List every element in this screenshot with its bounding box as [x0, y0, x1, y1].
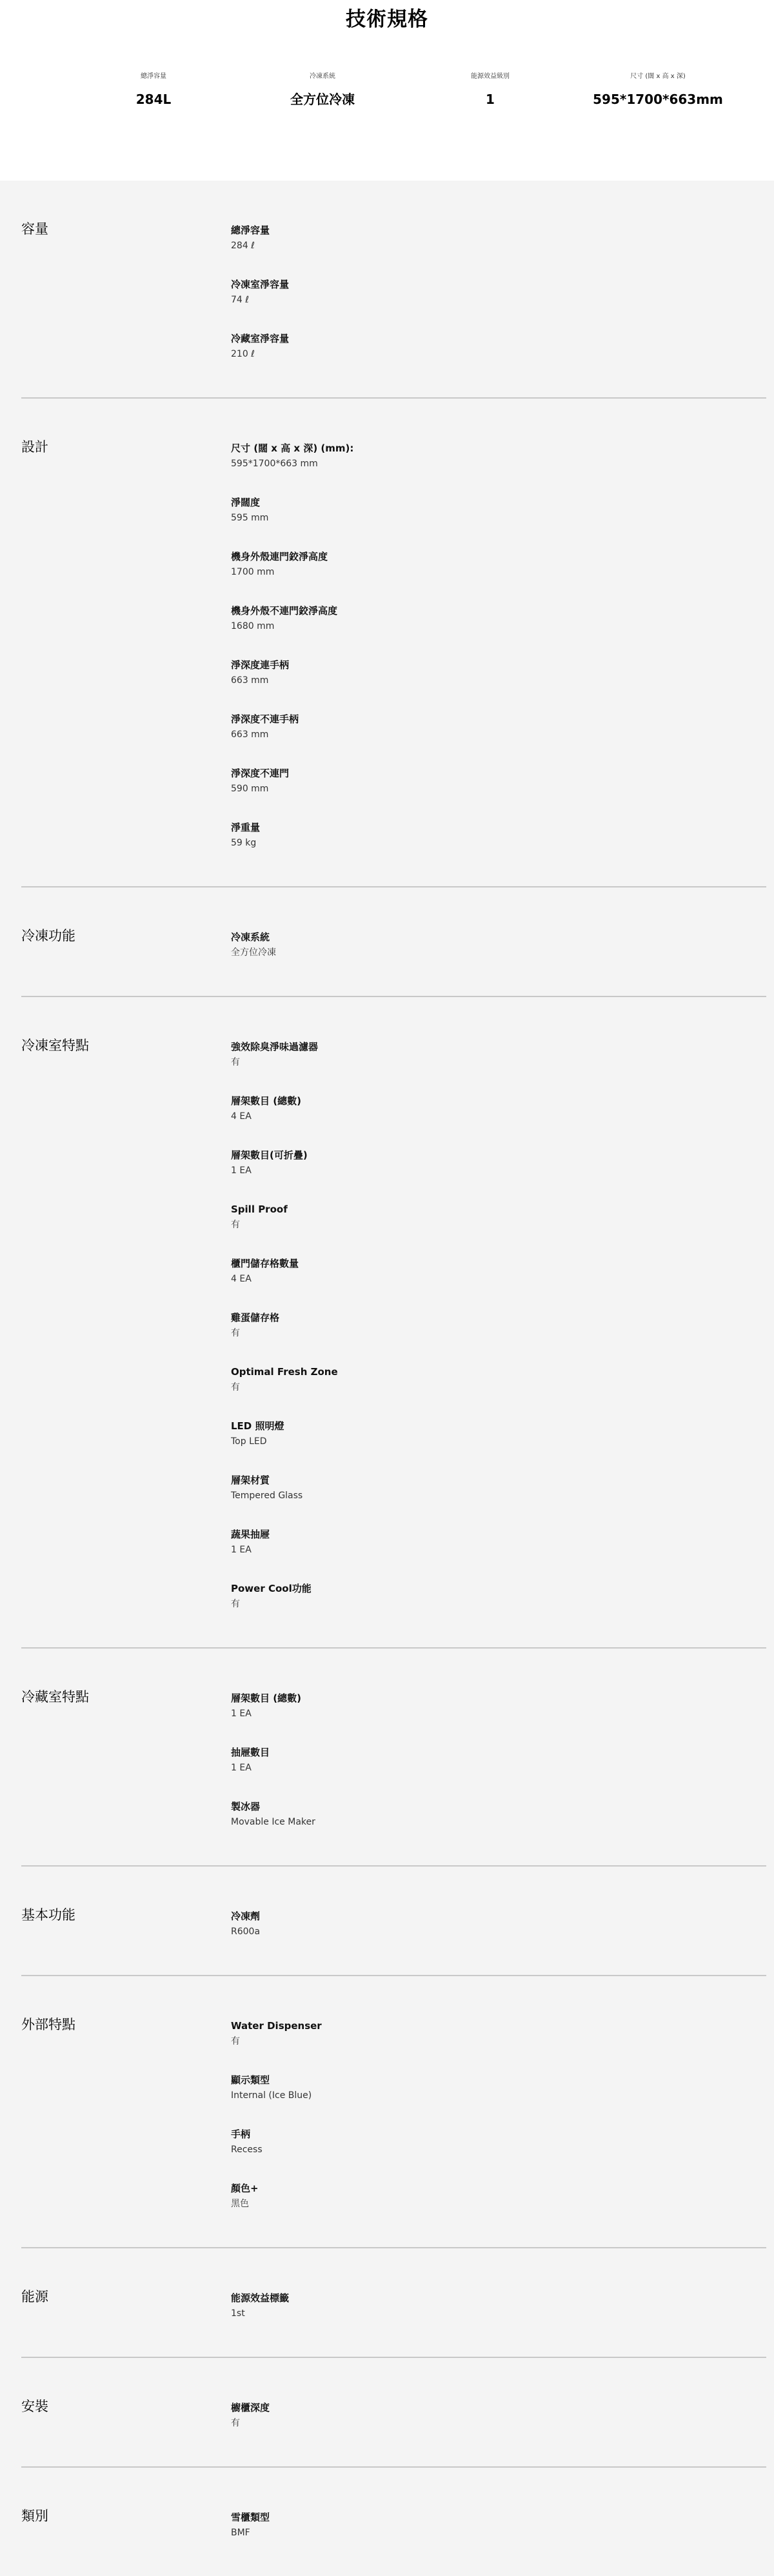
spec-label: Power Cool功能	[231, 1582, 505, 1595]
spec-label: 製冰器	[231, 1800, 505, 1813]
spec-item: 抽屜數目1 EA	[231, 1743, 505, 1797]
spec-item: 機身外殼不連門鉸淨高度1680 mm	[231, 601, 505, 655]
spec-label: 冷藏室淨容量	[231, 332, 505, 345]
summary-label: 冷凍系統	[239, 72, 406, 81]
spec-label: 淨深度不連門	[231, 767, 505, 780]
spec-item: 淨闊度595 mm	[231, 493, 505, 547]
spec-header: 技術規格 總淨容量 284L 冷凍系統 全方位冷凍 能源效益級別 1 尺寸 (闊…	[0, 0, 774, 181]
spec-item: 層架數目 (總數)1 EA	[231, 1689, 505, 1743]
spec-item: 能源效益標籤1st	[231, 2288, 505, 2343]
section-title: 外部特點	[21, 2016, 75, 2033]
spec-value: 有	[231, 1218, 505, 1231]
section-title: 冷凍功能	[21, 927, 75, 944]
spec-value: 黑色	[231, 2197, 505, 2210]
spec-label: 總淨容量	[231, 224, 505, 237]
spec-items: 強效除臭淨味過濾器有層架數目 (總數)4 EA層架數目(可折疊)1 EASpil…	[231, 1037, 766, 1633]
spec-item: 雪櫃類型BMF	[231, 2508, 505, 2562]
summary-value: 1	[406, 92, 574, 107]
spec-label: 雪櫃類型	[231, 2511, 505, 2524]
spec-label: 冷凍室淨容量	[231, 278, 505, 291]
spec-value: 595 mm	[231, 511, 505, 524]
spec-item: 蔬果抽屜1 EA	[231, 1525, 505, 1579]
spec-value: 595*1700*663 mm	[231, 457, 505, 470]
spec-item: 手柄Recess	[231, 2125, 505, 2179]
spec-item: 冷凍室淨容量74 ℓ	[231, 275, 505, 329]
spec-value: 4 EA	[231, 1273, 505, 1285]
spec-value: 1st	[231, 2307, 505, 2320]
spec-label: 層架數目 (總數)	[231, 1692, 505, 1705]
spec-item: 層架數目(可折疊)1 EA	[231, 1145, 505, 1200]
section-title: 能源	[21, 2288, 48, 2305]
spec-items: 尺寸 (闊 x 高 x 深) (mm):595*1700*663 mm淨闊度59…	[231, 439, 766, 872]
spec-item: 淨深度連手柄663 mm	[231, 655, 505, 709]
spec-label: 淨深度連手柄	[231, 659, 505, 671]
spec-value: R600a	[231, 1925, 505, 1938]
spec-label: 層架數目 (總數)	[231, 1095, 505, 1107]
spec-value: Internal (Ice Blue)	[231, 2089, 505, 2102]
spec-items: Water Dispenser有顯示類型Internal (Ice Blue)手…	[231, 2016, 766, 2233]
spec-item: 冷凍劑R600a	[231, 1907, 505, 1961]
spec-section: 容量總淨容量284 ℓ冷凍室淨容量74 ℓ冷藏室淨容量210 ℓ	[21, 181, 766, 399]
spec-item: Spill Proof有	[231, 1200, 505, 1254]
spec-item: 尺寸 (闊 x 高 x 深) (mm):595*1700*663 mm	[231, 439, 505, 493]
spec-item: Power Cool功能有	[231, 1579, 505, 1633]
spec-label: 冷凍劑	[231, 1910, 505, 1923]
spec-item: 層架材質Tempered Glass	[231, 1471, 505, 1525]
spec-value: 有	[231, 2417, 505, 2430]
spec-value: 210 ℓ	[231, 348, 505, 361]
spec-value: Top LED	[231, 1435, 505, 1448]
summary-label: 尺寸 (闊 x 高 x 深)	[574, 72, 742, 81]
spec-value: 663 mm	[231, 674, 505, 687]
spec-value: 1 EA	[231, 1707, 505, 1720]
spec-section: 設計尺寸 (闊 x 高 x 深) (mm):595*1700*663 mm淨闊度…	[21, 399, 766, 887]
section-title: 冷凍室特點	[21, 1037, 89, 1054]
spec-value: 59 kg	[231, 837, 505, 849]
spec-label: 蔬果抽屜	[231, 1528, 505, 1541]
spec-item: 淨深度不連門590 mm	[231, 764, 505, 818]
summary-item-energy-grade: 能源效益級別 1	[406, 72, 574, 107]
spec-value: 1 EA	[231, 1543, 505, 1556]
spec-value: 590 mm	[231, 782, 505, 795]
spec-section: 基本功能冷凍劑R600a	[21, 1867, 766, 1976]
spec-value: 663 mm	[231, 728, 505, 741]
spec-items: 雪櫃類型BMF	[231, 2508, 766, 2562]
spec-label: Spill Proof	[231, 1203, 505, 1216]
spec-label: 抽屜數目	[231, 1746, 505, 1759]
key-specs-summary: 總淨容量 284L 冷凍系統 全方位冷凍 能源效益級別 1 尺寸 (闊 x 高 …	[0, 72, 774, 117]
spec-item: 冷凍系統全方位冷凍	[231, 927, 505, 982]
spec-label: 機身外殼連門鉸淨高度	[231, 550, 505, 563]
spec-label: LED 照明燈	[231, 1420, 505, 1432]
spec-section: 外部特點Water Dispenser有顯示類型Internal (Ice Bl…	[21, 1976, 766, 2248]
spec-item: Water Dispenser有	[231, 2016, 505, 2070]
spec-label: Water Dispenser	[231, 2019, 505, 2032]
spec-items: 冷凍系統全方位冷凍	[231, 927, 766, 982]
spec-item: 櫃門儲存格數量4 EA	[231, 1254, 505, 1308]
spec-sections: 容量總淨容量284 ℓ冷凍室淨容量74 ℓ冷藏室淨容量210 ℓ設計尺寸 (闊 …	[0, 181, 774, 2576]
spec-value: 284 ℓ	[231, 239, 505, 252]
spec-value: 全方位冷凍	[231, 946, 505, 959]
spec-label: 層架材質	[231, 1474, 505, 1487]
spec-value: Recess	[231, 2143, 505, 2156]
spec-value: 1 EA	[231, 1164, 505, 1177]
summary-item-cooling-system: 冷凍系統 全方位冷凍	[239, 72, 406, 107]
spec-item: 強效除臭淨味過濾器有	[231, 1037, 505, 1091]
section-title: 設計	[21, 439, 48, 455]
summary-value: 全方位冷凍	[239, 92, 406, 107]
spec-items: 層架數目 (總數)1 EA抽屜數目1 EA製冰器Movable Ice Make…	[231, 1689, 766, 1851]
spec-section: 能源能源效益標籤1st	[21, 2248, 766, 2358]
summary-label: 總淨容量	[70, 72, 237, 81]
spec-item: LED 照明燈Top LED	[231, 1416, 505, 1471]
spec-item: 淨深度不連手柄663 mm	[231, 709, 505, 764]
spec-section: 冷藏室特點層架數目 (總數)1 EA抽屜數目1 EA製冰器Movable Ice…	[21, 1649, 766, 1867]
spec-item: Optimal Fresh Zone有	[231, 1362, 505, 1416]
spec-label: 櫃門儲存格數量	[231, 1257, 505, 1270]
spec-section: 冷凍功能冷凍系統全方位冷凍	[21, 887, 766, 997]
spec-label: 機身外殼不連門鉸淨高度	[231, 604, 505, 617]
spec-item: 製冰器Movable Ice Maker	[231, 1797, 505, 1851]
spec-label: 櫥櫃深度	[231, 2401, 505, 2414]
spec-value: 1680 mm	[231, 620, 505, 633]
section-title: 冷藏室特點	[21, 1689, 89, 1705]
spec-value: 有	[231, 1056, 505, 1069]
spec-section: 冷凍室特點強效除臭淨味過濾器有層架數目 (總數)4 EA層架數目(可折疊)1 E…	[21, 997, 766, 1649]
spec-items: 總淨容量284 ℓ冷凍室淨容量74 ℓ冷藏室淨容量210 ℓ	[231, 221, 766, 383]
spec-label: 冷凍系統	[231, 931, 505, 944]
spec-label: 手柄	[231, 2128, 505, 2141]
spec-label: 顯示類型	[231, 2074, 505, 2086]
spec-item: 顯示類型Internal (Ice Blue)	[231, 2070, 505, 2125]
summary-item-total-capacity: 總淨容量 284L	[70, 72, 237, 107]
section-title: 容量	[21, 221, 48, 237]
summary-value: 284L	[70, 92, 237, 107]
spec-label: 淨闊度	[231, 496, 505, 509]
spec-value: 有	[231, 1327, 505, 1340]
spec-item: 顏色+黑色	[231, 2179, 505, 2233]
spec-item: 櫥櫃深度有	[231, 2398, 505, 2452]
spec-item: 淨重量59 kg	[231, 818, 505, 872]
spec-value: 有	[231, 1381, 505, 1394]
spec-items: 櫥櫃深度有	[231, 2398, 766, 2452]
spec-label: 淨重量	[231, 821, 505, 834]
spec-value: 74 ℓ	[231, 293, 505, 306]
section-title: 基本功能	[21, 1907, 75, 1923]
spec-section: 類別雪櫃類型BMF	[21, 2468, 766, 2576]
spec-value: Movable Ice Maker	[231, 1816, 505, 1828]
spec-items: 能源效益標籤1st	[231, 2288, 766, 2343]
spec-item: 冷藏室淨容量210 ℓ	[231, 329, 505, 383]
summary-item-dimensions: 尺寸 (闊 x 高 x 深) 595*1700*663mm	[574, 72, 742, 107]
page-title: 技術規格	[0, 3, 774, 32]
spec-value: Tempered Glass	[231, 1489, 505, 1502]
spec-value: 有	[231, 1598, 505, 1610]
spec-label: 顏色+	[231, 2182, 505, 2195]
spec-item: 層架數目 (總數)4 EA	[231, 1091, 505, 1145]
spec-value: 4 EA	[231, 1110, 505, 1123]
spec-label: 能源效益標籤	[231, 2292, 505, 2304]
spec-label: 雞蛋儲存格	[231, 1311, 505, 1324]
spec-value: 1 EA	[231, 1761, 505, 1774]
summary-value: 595*1700*663mm	[574, 92, 742, 107]
spec-value: BMF	[231, 2526, 505, 2539]
spec-label: Optimal Fresh Zone	[231, 1365, 505, 1378]
section-title: 安裝	[21, 2398, 48, 2415]
spec-label: 淨深度不連手柄	[231, 713, 505, 726]
summary-label: 能源效益級別	[406, 72, 574, 81]
spec-item: 雞蛋儲存格有	[231, 1308, 505, 1362]
spec-items: 冷凍劑R600a	[231, 1907, 766, 1961]
spec-section: 安裝櫥櫃深度有	[21, 2358, 766, 2468]
spec-item: 總淨容量284 ℓ	[231, 221, 505, 275]
spec-item: 機身外殼連門鉸淨高度1700 mm	[231, 547, 505, 601]
section-title: 類別	[21, 2508, 48, 2524]
spec-value: 1700 mm	[231, 566, 505, 579]
spec-label: 強效除臭淨味過濾器	[231, 1040, 505, 1053]
spec-label: 尺寸 (闊 x 高 x 深) (mm):	[231, 442, 505, 455]
spec-value: 有	[231, 2035, 505, 2048]
spec-label: 層架數目(可折疊)	[231, 1149, 505, 1162]
